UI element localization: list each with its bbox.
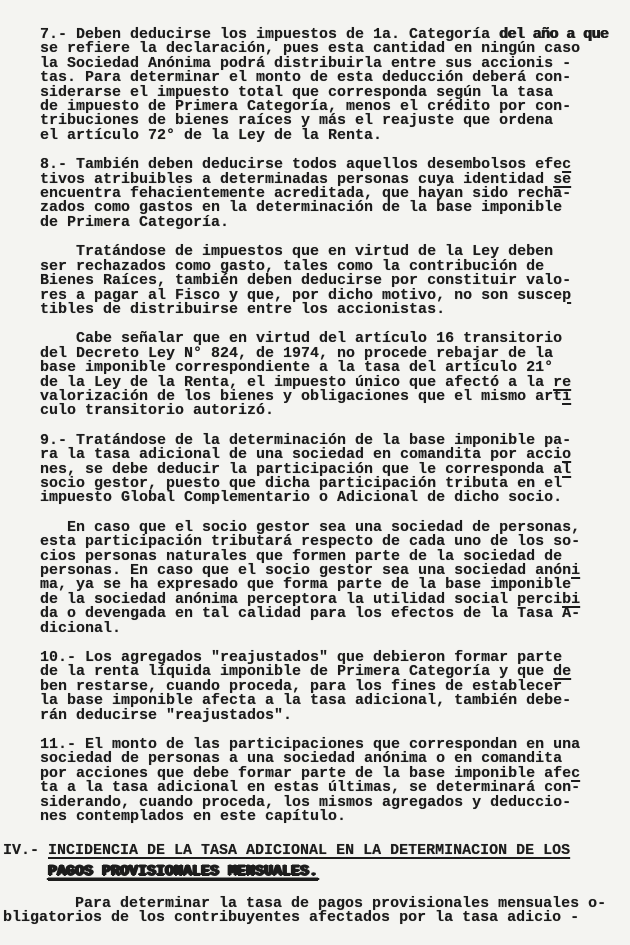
text-segment: tibles de distribuirse entre los accioni… — [40, 301, 445, 318]
text-segment: nes contemplados en este capítulo. — [40, 808, 346, 825]
paragraph-9: 9.- Tratándose de la determinación de la… — [40, 434, 630, 506]
section-heading-iv: IV.- INCIDENCIA DE LA TASA ADICIONAL EN … — [3, 840, 630, 882]
document-body: 7.- Deben deducirse los impuestos de 1a.… — [0, 0, 630, 925]
text-segment: el artículo 72° de la Ley de la Renta. — [40, 127, 382, 144]
text-segment — [3, 863, 48, 880]
document-page: 7.- Deben deducirse los impuestos de 1a.… — [0, 0, 630, 945]
paragraph-para-determinar: Para determinar la tasa de pagos provisi… — [3, 897, 630, 926]
paragraph-11: 11.- El monto de las participaciones que… — [40, 738, 630, 824]
text-line: nes contemplados en este capítulo. — [40, 810, 630, 824]
paragraph-en-caso: En caso que el socio gestor sea una soci… — [40, 521, 630, 636]
text-line: dicional. — [40, 622, 630, 636]
underlined-text: í — [562, 388, 571, 405]
underlined-text: PAGOS PROVISIONALES MENSUALES. — [48, 863, 318, 880]
text-segment: culo transitorio autorizó. — [40, 402, 274, 419]
underlined-text: INCIDENCIA DE LA TASA ADICIONAL EN LA DE… — [48, 842, 570, 859]
underlined-text: i — [571, 562, 580, 579]
text-line: de Primera Categoría. — [40, 216, 630, 230]
paragraph-7: 7.- Deben deducirse los impuestos de 1a.… — [40, 28, 630, 143]
text-line: tibles de distribuirse entre los accioni… — [40, 303, 630, 317]
text-segment: bligatorios de los contribuyentes afecta… — [3, 909, 579, 926]
text-line: impuesto Global Complementario o Adicion… — [40, 491, 630, 505]
paragraph-10: 10.- Los agregados "reajustados" que deb… — [40, 651, 630, 723]
text-segment: IV.- — [3, 842, 48, 859]
text-segment: rán deducirse "reajustados". — [40, 707, 292, 724]
text-line: da o devengada en tal calidad para los e… — [40, 607, 630, 621]
paragraph-cabe-senalar: Cabe señalar que en virtud del artículo … — [40, 332, 630, 418]
underlined-text: l — [562, 461, 571, 478]
text-segment: impuesto Global Complementario o Adicion… — [40, 489, 562, 506]
text-line: rán deducirse "reajustados". — [40, 709, 630, 723]
text-line: el artículo 72° de la Ley de la Renta. — [40, 129, 630, 143]
paragraph-tratandose-impuestos: Tratándose de impuestos que en virtud de… — [40, 245, 630, 317]
text-line: culo transitorio autorizó. — [40, 404, 630, 418]
text-line: bligatorios de los contribuyentes afecta… — [3, 911, 630, 925]
underlined-text: p — [562, 287, 571, 304]
text-line: IV.- INCIDENCIA DE LA TASA ADICIONAL EN … — [3, 840, 630, 861]
text-segment: de Primera Categoría. — [40, 214, 229, 231]
paragraph-8: 8.- También deben deducirse todos aquell… — [40, 158, 630, 230]
text-segment: dicional. — [40, 620, 121, 637]
text-line: PAGOS PROVISIONALES MENSUALES. — [3, 861, 630, 882]
